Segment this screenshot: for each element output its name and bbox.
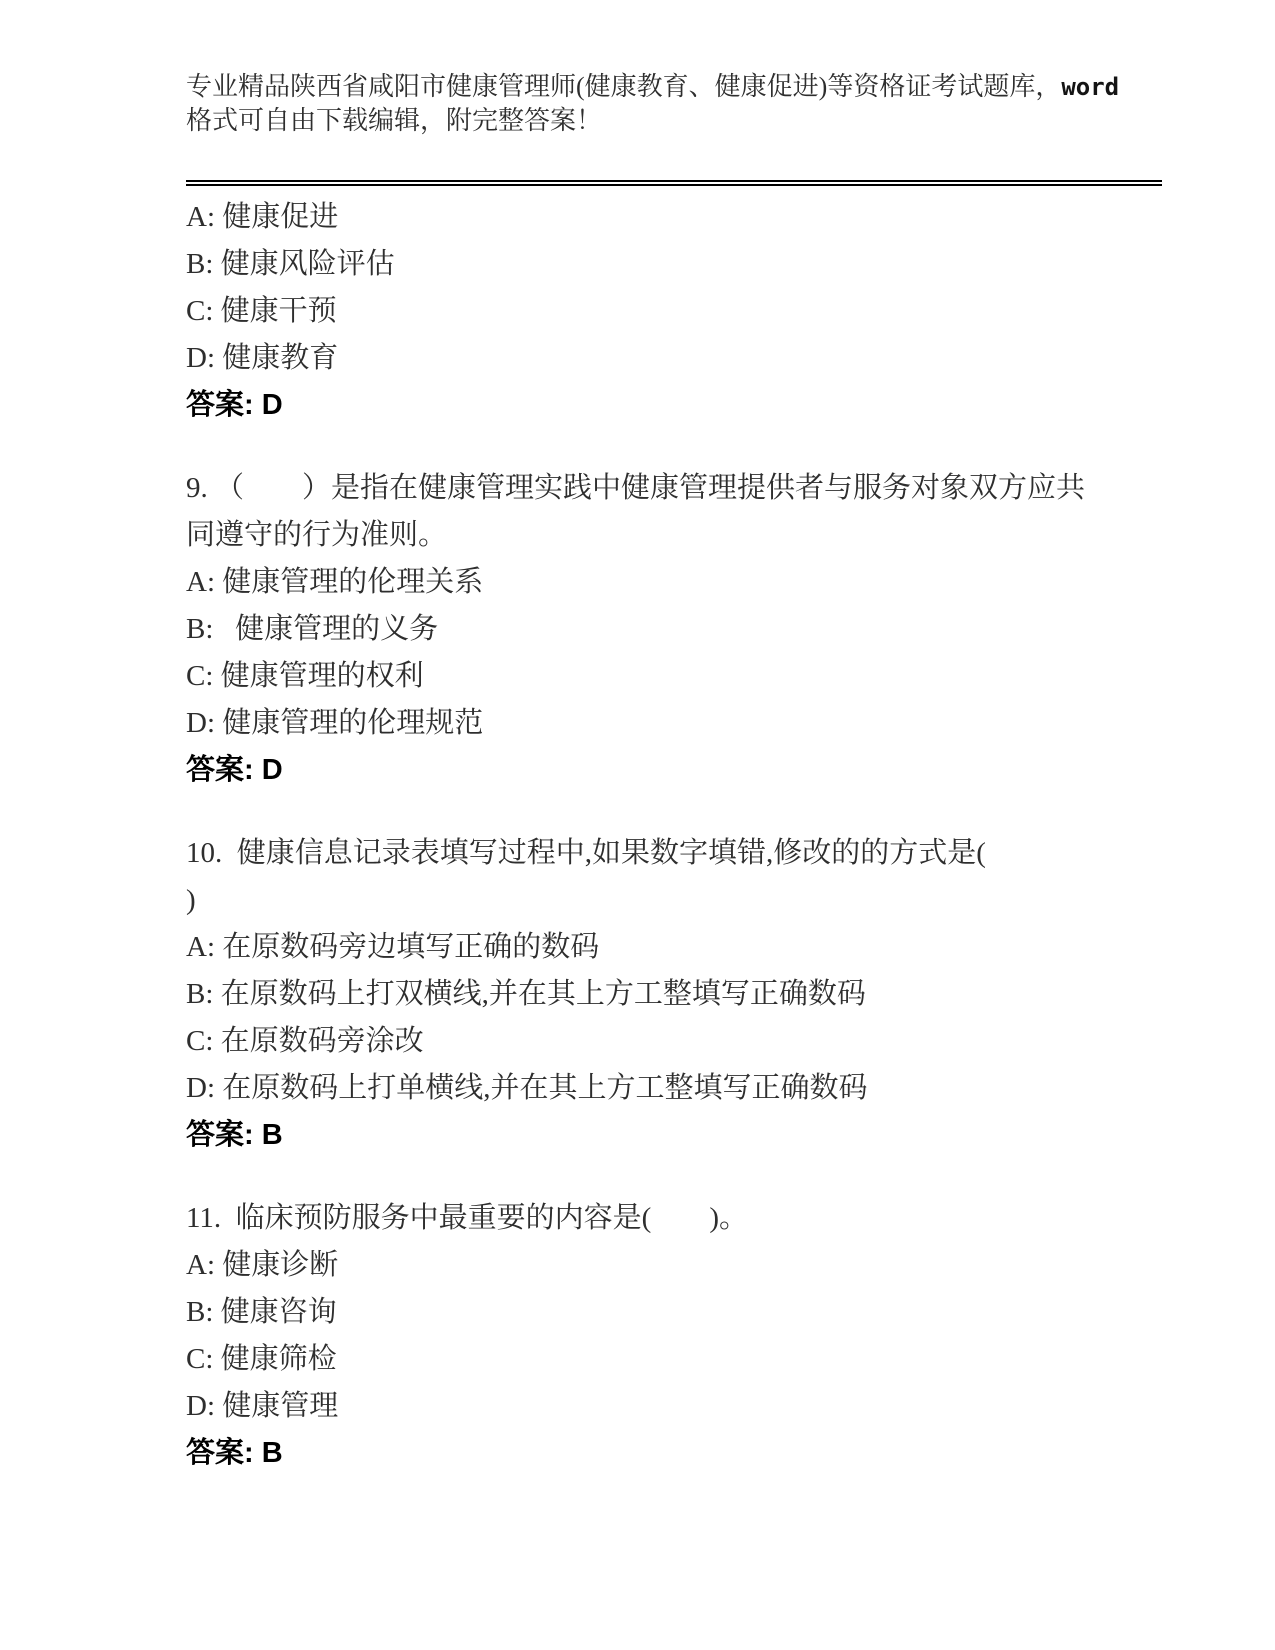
question-text-line: 同遵守的行为准则。	[186, 512, 1275, 559]
header-divider-line	[186, 180, 1162, 186]
question-9-block: 9. （ ）是指在健康管理实践中健康管理提供者与服务对象双方应共 同遵守的行为准…	[186, 465, 1275, 794]
question-text-line: 11. 临床预防服务中最重要的内容是( )。	[186, 1195, 1275, 1242]
option-d: D: 健康管理	[186, 1383, 1275, 1430]
option-d: D: 健康教育	[186, 335, 1275, 382]
option-b: B: 在原数码上打双横线,并在其上方工整填写正确数码	[186, 971, 1275, 1018]
option-a: A: 健康诊断	[186, 1242, 1275, 1289]
answer-line: 答案: B	[186, 1112, 1275, 1159]
option-b: B: 健康风险评估	[186, 241, 1275, 288]
option-a: A: 健康管理的伦理关系	[186, 559, 1275, 606]
option-d: D: 健康管理的伦理规范	[186, 700, 1275, 747]
option-c: C: 健康筛检	[186, 1336, 1275, 1383]
question-text-line: )	[186, 877, 1275, 924]
header-line-1: 专业精品陕西省咸阳市健康管理师(健康教育、健康促进)等资格证考试题库，word	[186, 70, 1096, 104]
option-b: B: 健康管理的义务	[186, 606, 1275, 653]
option-a: A: 在原数码旁边填写正确的数码	[186, 924, 1275, 971]
document-page: 专业精品陕西省咸阳市健康管理师(健康教育、健康促进)等资格证考试题库，word …	[0, 0, 1275, 1650]
option-c: C: 在原数码旁涂改	[186, 1018, 1275, 1065]
question-text-line: 10. 健康信息记录表填写过程中,如果数字填错,修改的的方式是(	[186, 830, 1275, 877]
question-11-block: 11. 临床预防服务中最重要的内容是( )。 A: 健康诊断 B: 健康咨询 C…	[186, 1195, 1275, 1477]
option-a: A: 健康促进	[186, 194, 1275, 241]
question-8-options-block: A: 健康促进 B: 健康风险评估 C: 健康干预 D: 健康教育 答案: D	[186, 194, 1275, 429]
answer-line: 答案: D	[186, 747, 1275, 794]
header-line-1-text: 专业精品陕西省咸阳市健康管理师(健康教育、健康促进)等资格证考试题库，	[186, 72, 1061, 101]
word-format-label: word	[1061, 73, 1119, 101]
option-c: C: 健康管理的权利	[186, 653, 1275, 700]
option-b: B: 健康咨询	[186, 1289, 1275, 1336]
exam-header: 专业精品陕西省咸阳市健康管理师(健康教育、健康促进)等资格证考试题库，word …	[186, 70, 1096, 138]
header-line-2: 格式可自由下载编辑，附完整答案！	[186, 104, 1096, 138]
question-10-block: 10. 健康信息记录表填写过程中,如果数字填错,修改的的方式是( ) A: 在原…	[186, 830, 1275, 1159]
questions-content: A: 健康促进 B: 健康风险评估 C: 健康干预 D: 健康教育 答案: D …	[186, 194, 1275, 1477]
option-c: C: 健康干预	[186, 288, 1275, 335]
option-d: D: 在原数码上打单横线,并在其上方工整填写正确数码	[186, 1065, 1275, 1112]
answer-line: 答案: D	[186, 382, 1275, 429]
question-text-line: 9. （ ）是指在健康管理实践中健康管理提供者与服务对象双方应共	[186, 465, 1275, 512]
answer-line: 答案: B	[186, 1430, 1275, 1477]
